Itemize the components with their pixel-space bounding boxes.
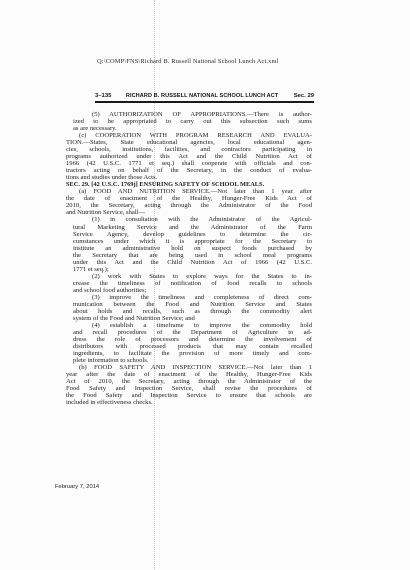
subsection-c-cooperation: (c) COOPERATION WITH PROGRAM RESEARCH AN…	[66, 132, 312, 181]
text-line: Food Safety and Inspection Service, shal…	[66, 385, 312, 392]
subsection-a-food-and-nutrition-service: (a) FOOD AND NUTRITION SERVICE.—Not late…	[66, 188, 312, 216]
text-line: plete information to schools.	[66, 357, 312, 364]
text-line: tions and studies under those Acts.	[66, 174, 312, 181]
document-page: Q:\COMP\FNS\Richard B. Russell National …	[0, 0, 410, 570]
text-line: munication between the Food and Nutritio…	[66, 301, 312, 308]
item-2-work-with-states: (2) work with States to explore ways for…	[66, 273, 312, 294]
text-line: tural Marketing Service and the Administ…	[66, 224, 312, 231]
text-line: cumstances under which it is appropriate…	[66, 238, 312, 245]
text-line: and recall procedures of the Department …	[66, 329, 312, 336]
file-path-header: Q:\COMP\FNS\Richard B. Russell National …	[97, 58, 357, 65]
text-line: and Nutrition Service, shall—	[66, 209, 312, 216]
text-line: system of the Food and Nutrition Service…	[66, 315, 312, 322]
text-line: (4) establish a timeframe to improve the…	[66, 322, 312, 329]
text-line: SEC. 29. [42 U.S.C. 1769j] ENSURING SAFE…	[66, 181, 312, 188]
running-head: 3–135 RICHARD B. RUSSELL NATIONAL SCHOOL…	[95, 93, 314, 103]
text-line: included in effectiveness checks.	[66, 399, 312, 406]
text-line: (b) FOOD SAFETY AND INSPECTION SERVICE.—…	[66, 364, 312, 371]
text-line: 2010, the Secretary, acting through the …	[66, 202, 312, 209]
text-line: 1966 (42 U.S.C. 1771 et seq.) shall coop…	[66, 160, 312, 167]
text-line: year after the date of enactment of the …	[66, 371, 312, 378]
item-4-establish-timeframe: (4) establish a timeframe to improve the…	[66, 322, 312, 364]
text-line: the date of enactment of the Healthy, Hu…	[66, 195, 312, 202]
text-line: (c) COOPERATION WITH PROGRAM RESEARCH AN…	[66, 132, 312, 139]
text-line: the Food Safety and Inspection Service t…	[66, 392, 312, 399]
text-line: the Secretary that are being used in sch…	[66, 252, 312, 259]
page-number: 3–135	[95, 93, 111, 99]
text-line: TION.—States, State educational agencies…	[66, 139, 312, 146]
text-line: as are necessary.	[66, 125, 312, 132]
text-line: (5) AUTHORIZATION OF APPROPRIATIONS.—The…	[66, 111, 312, 118]
running-title: RICHARD B. RUSSELL NATIONAL SCHOOL LUNCH…	[126, 93, 278, 99]
item-1-guidelines: (1) in consultation with the Administrat…	[66, 216, 312, 272]
text-line: (3) improve the timeliness and completen…	[66, 294, 312, 301]
margin-date: February 7, 2014	[55, 484, 99, 490]
text-line: about holds and recalls, such as through…	[66, 308, 312, 315]
text-line: (1) in consultation with the Administrat…	[66, 216, 312, 223]
text-line: crease the timeliness of notification of…	[66, 280, 312, 287]
text-line: distributors with processed products tha…	[66, 343, 312, 350]
item-3-improve-communication: (3) improve the timeliness and completen…	[66, 294, 312, 322]
subsection-b-food-safety-inspection: (b) FOOD SAFETY AND INSPECTION SERVICE.—…	[66, 364, 312, 406]
text-line: Act of 2010, the Secretary, acting throu…	[66, 378, 312, 385]
statute-text: (5) AUTHORIZATION OF APPROPRIATIONS.—The…	[66, 111, 312, 406]
section-reference: Sec. 29	[294, 93, 314, 99]
text-line: cies, schools, institutions, facilities,…	[66, 146, 312, 153]
text-line: ized to be appropriated to carry out thi…	[66, 118, 312, 125]
text-line: institute an administrative hold on susp…	[66, 245, 312, 252]
text-line: (a) FOOD AND NUTRITION SERVICE.—Not late…	[66, 188, 312, 195]
text-line: 1771 et seq.);	[66, 266, 312, 273]
text-line: ingredients, to facilitate the provision…	[66, 350, 312, 357]
text-line: Service Agency, develop guidelines to de…	[66, 231, 312, 238]
text-line: under this Act and the Child Nutrition A…	[66, 259, 312, 266]
text-line: dress the role of processors and determi…	[66, 336, 312, 343]
text-line: programs authorized under this Act and t…	[66, 153, 312, 160]
paragraph-5-authorization: (5) AUTHORIZATION OF APPROPRIATIONS.—The…	[66, 111, 312, 132]
text-line: and school food authorities;	[66, 287, 312, 294]
text-line: tractors acting on behalf of the Secreta…	[66, 167, 312, 174]
section-29-heading: SEC. 29. [42 U.S.C. 1769j] ENSURING SAFE…	[66, 181, 312, 188]
text-line: (2) work with States to explore ways for…	[66, 273, 312, 280]
